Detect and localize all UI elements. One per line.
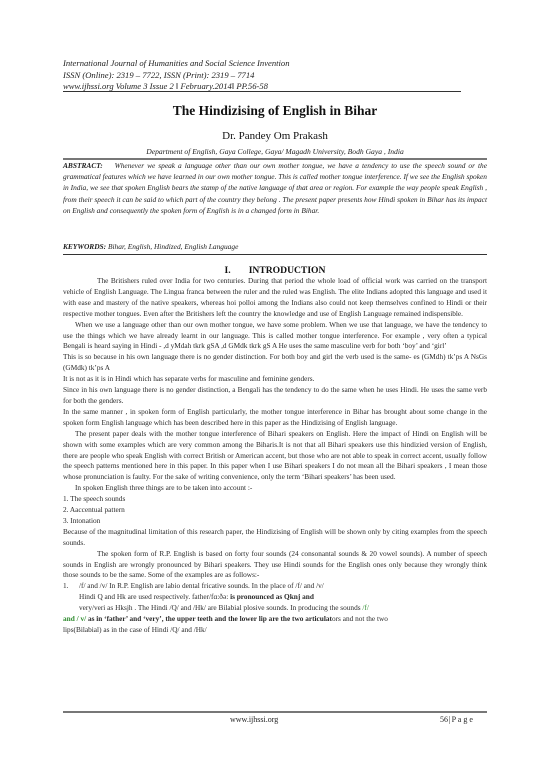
- example-line-bold: is pronounced as Qknj and: [230, 592, 314, 601]
- footer-divider: [63, 711, 487, 713]
- example-highlight: and / v/: [63, 614, 86, 623]
- abstract-label: ABSTRACT:: [63, 161, 103, 170]
- example-highlight: /f/: [362, 603, 369, 612]
- abstract: ABSTRACT: Whenever we speak a language o…: [63, 160, 487, 216]
- example-line: /f/ and /v/ In R.P. English are labio de…: [79, 581, 324, 590]
- paragraph: The Britishers ruled over India for two …: [63, 276, 487, 320]
- example-line: very/veri as Hksjh . The Hindi /Q/ and /…: [79, 603, 362, 612]
- example-continuation: and / v/ as in ‘father’ and ‘very’, the …: [63, 614, 487, 625]
- paragraph: This is so because in his own language t…: [63, 352, 487, 374]
- author-affiliation: Department of English, Gaya College, Gay…: [63, 147, 487, 156]
- body-text: The Britishers ruled over India for two …: [63, 276, 487, 636]
- paragraph: The present paper deals with the mother …: [63, 429, 487, 484]
- page-separator: |: [449, 715, 451, 724]
- journal-header: International Journal of Humanities and …: [63, 58, 461, 93]
- keywords: KEYWORDS: Bihar, English, Hindized, Engl…: [63, 242, 487, 251]
- example-continuation: lips(Bilabial) as in the case of Hindi /…: [63, 625, 487, 636]
- paper-author: Dr. Pandey Om Prakash: [63, 130, 487, 142]
- header-divider: [63, 91, 461, 92]
- section-heading: I.INTRODUCTION: [63, 265, 487, 276]
- example-text: /f/ and /v/ In R.P. English are labio de…: [79, 581, 487, 614]
- journal-name: International Journal of Humanities and …: [63, 58, 461, 70]
- example-line: Hindi Q and Hk are used respectively. fa…: [79, 592, 230, 601]
- paragraph: The spoken form of R.P. English is based…: [63, 549, 487, 582]
- section-title: INTRODUCTION: [249, 265, 326, 276]
- example-number: 1.: [63, 581, 79, 614]
- page-number: 56|P a g e: [440, 715, 473, 724]
- page-num: 56: [440, 715, 448, 724]
- list-item: 2. Aaccentual pattern: [63, 505, 487, 516]
- list-item: 3. Intonation: [63, 516, 487, 527]
- paragraph: It is not as it is in Hindi which has se…: [63, 374, 487, 385]
- list-item: 1. The speech sounds: [63, 494, 487, 505]
- journal-issn: ISSN (Online): 2319 – 7722, ISSN (Print)…: [63, 70, 461, 82]
- page-label: P a g e: [452, 715, 473, 724]
- section-number: I.: [225, 265, 231, 276]
- paragraph: In spoken English three things are to be…: [63, 483, 487, 494]
- keywords-divider: [63, 254, 487, 255]
- example-line: ors and not the two: [332, 614, 388, 623]
- paragraph: When we use a language other than our ow…: [63, 320, 487, 353]
- paragraph: Because of the magnitudinal limitation o…: [63, 527, 487, 549]
- keywords-text: Bihar, English, Hindized, English Langua…: [108, 242, 238, 251]
- paper-title: The Hindizising of English in Bihar: [63, 103, 487, 119]
- footer-url: www.ijhssi.org: [230, 715, 278, 724]
- numbered-example: 1. /f/ and /v/ In R.P. English are labio…: [63, 581, 487, 614]
- keywords-label: KEYWORDS:: [63, 242, 106, 251]
- example-line-bold: as in ‘father’ and ‘very’, the upper tee…: [86, 614, 332, 623]
- abstract-text: Whenever we speak a language other than …: [63, 161, 487, 215]
- paragraph: Since in his own language there is no ge…: [63, 385, 487, 407]
- paragraph: In the same manner , in spoken form of E…: [63, 407, 487, 429]
